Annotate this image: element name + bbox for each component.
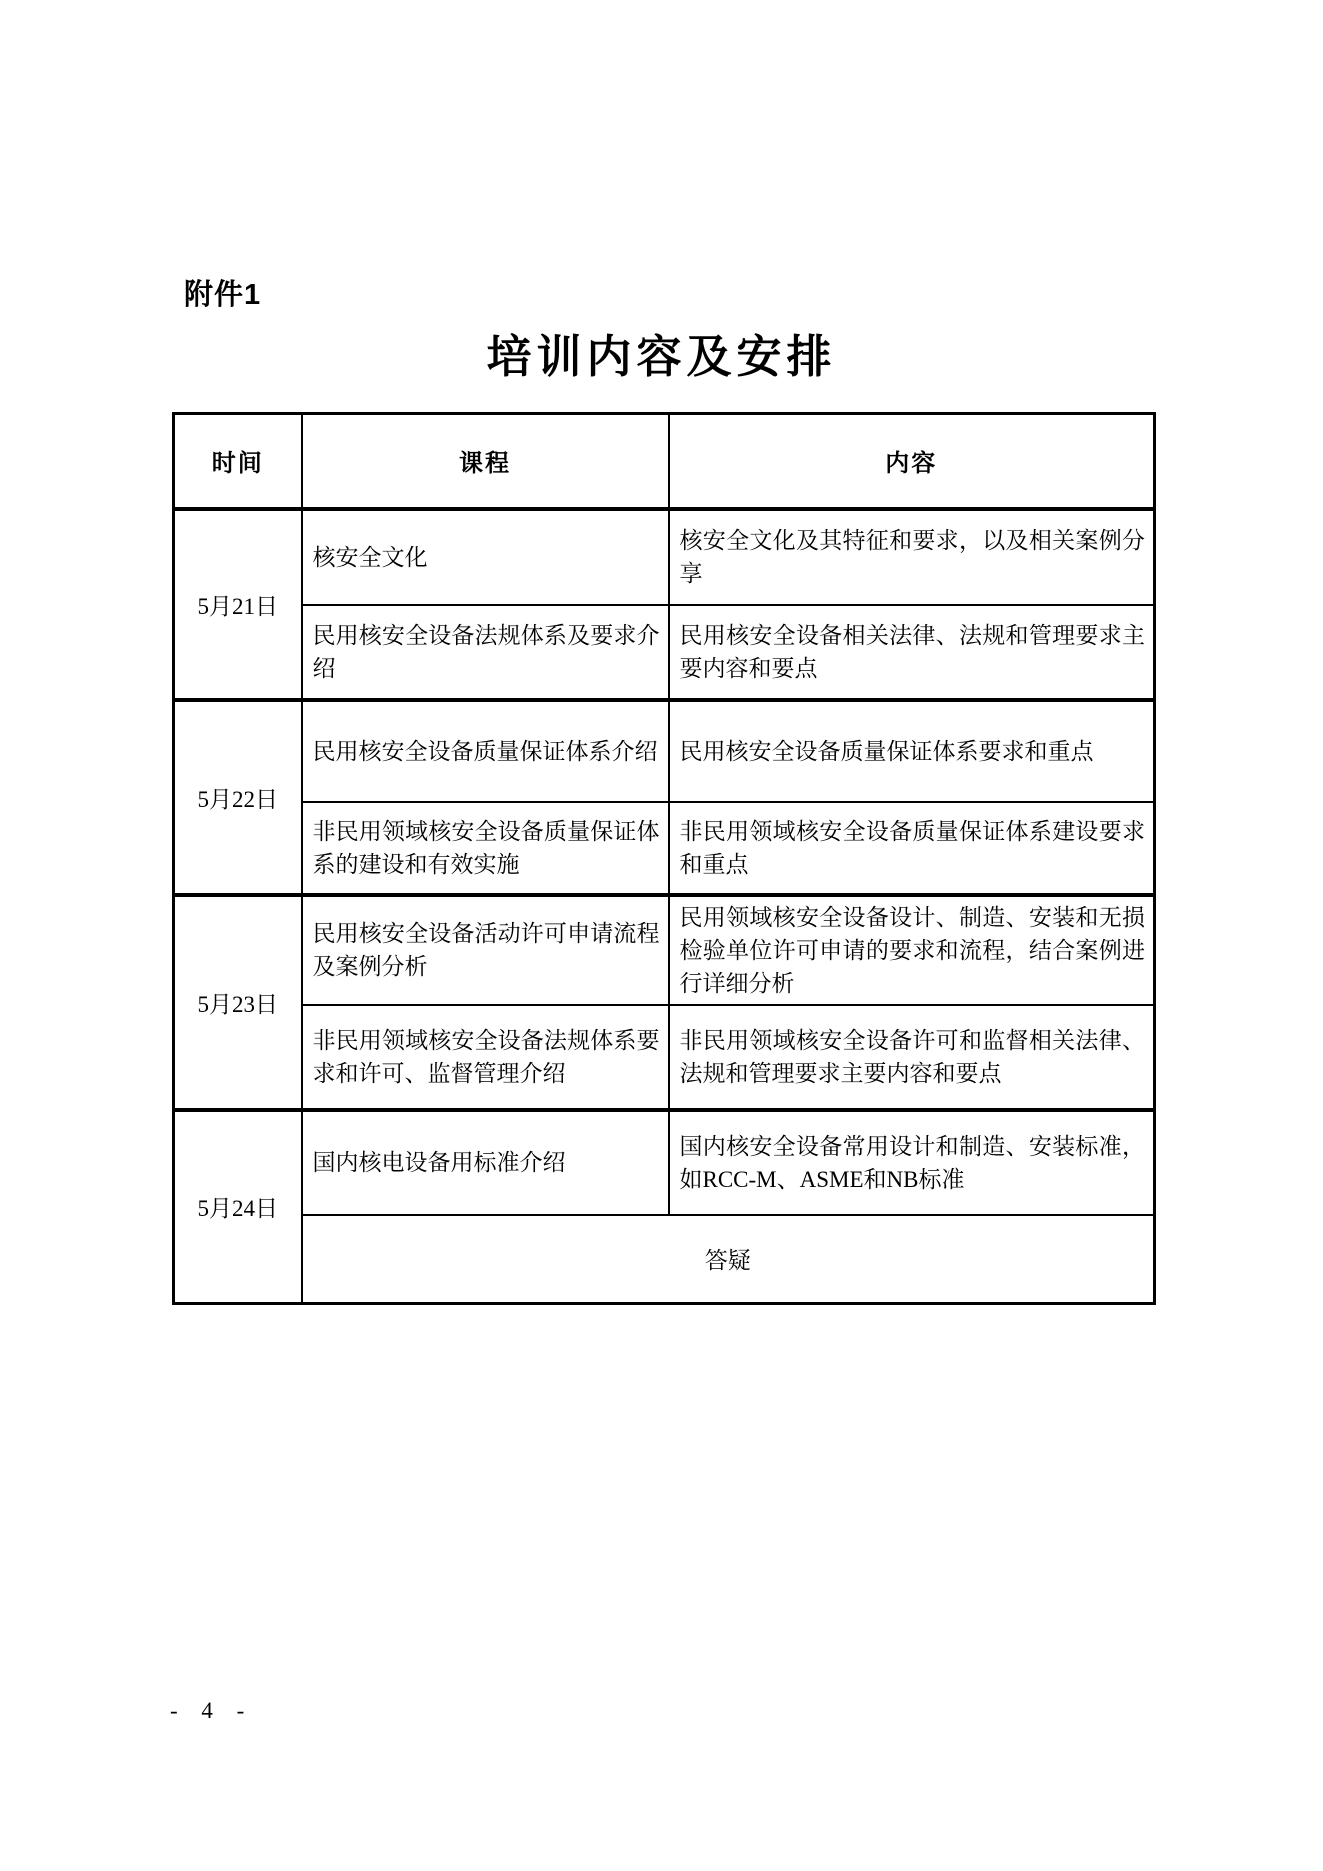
document-page: 附件1 培训内容及安排 时间 课程 内容 5月21日 核安全文化 核安全文化及其… xyxy=(0,0,1323,1871)
qa-merged-cell: 答疑 xyxy=(302,1215,1155,1304)
table-row: 5月24日 国内核电设备用标准介绍 国内核安全设备常用设计和制造、安装标准，如R… xyxy=(174,1110,1155,1215)
attachment-label: 附件1 xyxy=(184,272,261,313)
table-header-row: 时间 课程 内容 xyxy=(174,414,1155,509)
course-cell: 非民用领域核安全设备法规体系要求和许可、监督管理介绍 xyxy=(302,1005,669,1110)
content-cell: 非民用领域核安全设备质量保证体系建设要求和重点 xyxy=(669,802,1155,895)
table-row: 民用核安全设备法规体系及要求介绍 民用核安全设备相关法律、法规和管理要求主要内容… xyxy=(174,605,1155,700)
course-cell: 国内核电设备用标准介绍 xyxy=(302,1110,669,1215)
table-row: 5月22日 民用核安全设备质量保证体系介绍 民用核安全设备质量保证体系要求和重点 xyxy=(174,700,1155,802)
content-cell: 核安全文化及其特征和要求，以及相关案例分享 xyxy=(669,509,1155,605)
table-row: 5月23日 民用核安全设备活动许可申请流程及案例分析 民用领域核安全设备设计、制… xyxy=(174,895,1155,1005)
course-cell: 民用核安全设备法规体系及要求介绍 xyxy=(302,605,669,700)
training-schedule-table: 时间 课程 内容 5月21日 核安全文化 核安全文化及其特征和要求，以及相关案例… xyxy=(172,412,1156,1305)
date-cell: 5月21日 xyxy=(174,509,302,700)
content-cell: 国内核安全设备常用设计和制造、安装标准，如RCC-M、ASME和NB标准 xyxy=(669,1110,1155,1215)
content-cell: 民用领域核安全设备设计、制造、安装和无损检验单位许可申请的要求和流程，结合案例进… xyxy=(669,895,1155,1005)
page-title: 培训内容及安排 xyxy=(0,320,1323,385)
content-cell: 民用核安全设备相关法律、法规和管理要求主要内容和要点 xyxy=(669,605,1155,700)
course-cell: 民用核安全设备活动许可申请流程及案例分析 xyxy=(302,895,669,1005)
header-course: 课程 xyxy=(302,414,669,509)
content-cell: 民用核安全设备质量保证体系要求和重点 xyxy=(669,700,1155,802)
date-cell: 5月24日 xyxy=(174,1110,302,1304)
content-cell: 非民用领域核安全设备许可和监督相关法律、法规和管理要求主要内容和要点 xyxy=(669,1005,1155,1110)
course-cell: 民用核安全设备质量保证体系介绍 xyxy=(302,700,669,802)
table-row: 非民用领域核安全设备质量保证体系的建设和有效实施 非民用领域核安全设备质量保证体… xyxy=(174,802,1155,895)
page-number: - 4 - xyxy=(170,1698,253,1724)
header-content: 内容 xyxy=(669,414,1155,509)
table-row: 答疑 xyxy=(174,1215,1155,1304)
course-cell: 核安全文化 xyxy=(302,509,669,605)
table-row: 非民用领域核安全设备法规体系要求和许可、监督管理介绍 非民用领域核安全设备许可和… xyxy=(174,1005,1155,1110)
date-cell: 5月23日 xyxy=(174,895,302,1110)
header-time: 时间 xyxy=(174,414,302,509)
date-cell: 5月22日 xyxy=(174,700,302,895)
course-cell: 非民用领域核安全设备质量保证体系的建设和有效实施 xyxy=(302,802,669,895)
table-row: 5月21日 核安全文化 核安全文化及其特征和要求，以及相关案例分享 xyxy=(174,509,1155,605)
